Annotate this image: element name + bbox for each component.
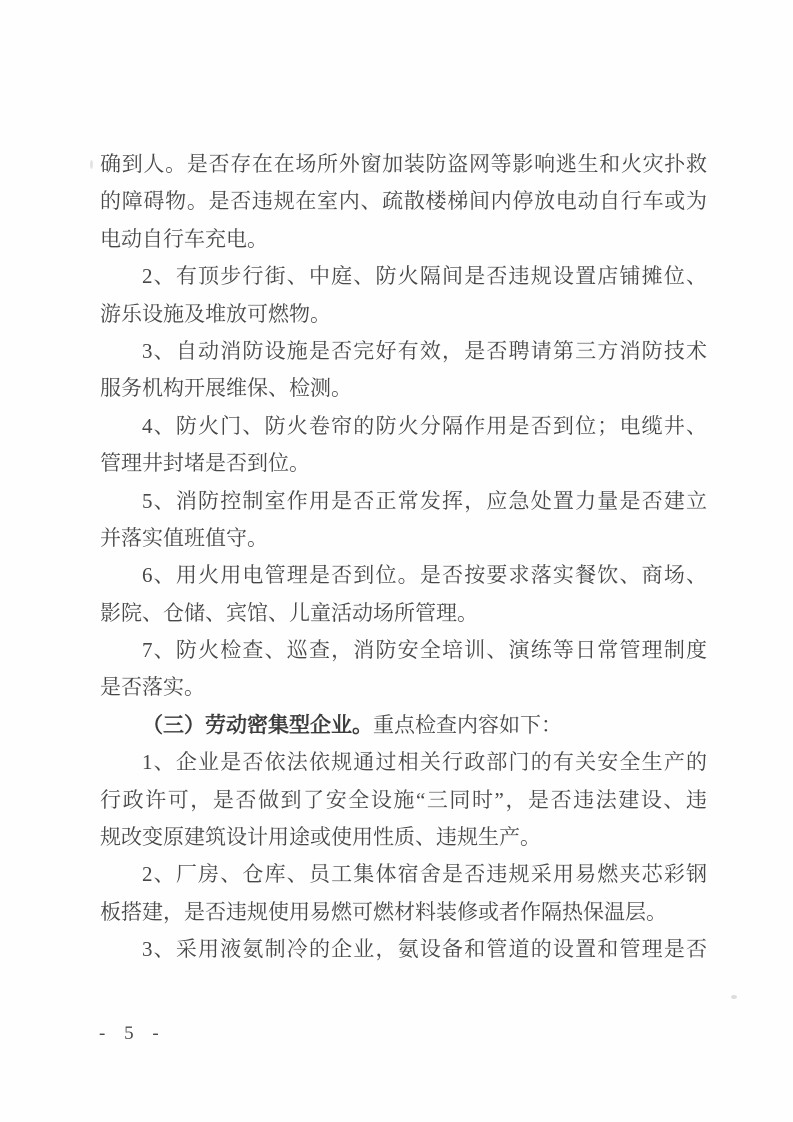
- text-segment: 5、消防控制室作用是否正常发挥，应急处置力量是否建立: [142, 489, 707, 513]
- text-line: 影院、仓储、宾馆、儿童活动场所管理。: [100, 595, 707, 632]
- text-line: 2、有顶步行街、中庭、防火隔间是否违规设置店铺摊位、: [100, 258, 707, 295]
- text-line: 并落实值班值守。: [100, 520, 707, 557]
- text-line: 5、消防控制室作用是否正常发挥，应急处置力量是否建立: [100, 483, 707, 520]
- text-segment: 重点检查内容如下：: [373, 713, 562, 737]
- text-line: 确到人。是否存在在场所外窗加装防盗网等影响逃生和火灾扑救: [100, 146, 707, 183]
- text-line: 1、企业是否依法依规通过相关行政部门的有关安全生产的: [100, 744, 707, 781]
- text-segment: 6、用火用电管理是否到位。是否按要求落实餐饮、商场、: [142, 563, 707, 587]
- text-segment: 板搭建，是否违规使用易燃可燃材料装修或者作隔热保温层。: [100, 900, 667, 924]
- text-segment: 2、厂房、仓库、员工集体宿舍是否违规采用易燃夹芯彩钢: [142, 862, 707, 886]
- text-line: 管理井封堵是否到位。: [100, 445, 707, 482]
- text-line: 的障碍物。是否违规在室内、疏散楼梯间内停放电动自行车或为: [100, 183, 707, 220]
- text-line: 3、采用液氨制冷的企业，氨设备和管道的设置和管理是否: [100, 931, 707, 968]
- document-body: 确到人。是否存在在场所外窗加装防盗网等影响逃生和火灾扑救的障碍物。是否违规在室内…: [100, 146, 707, 969]
- text-line: 服务机构开展维保、检测。: [100, 370, 707, 407]
- page-number: - 5 -: [99, 1023, 166, 1045]
- text-segment: 服务机构开展维保、检测。: [100, 376, 352, 400]
- text-line: 7、防火检查、巡查，消防安全培训、演练等日常管理制度: [100, 632, 707, 669]
- text-line: 规改变原建筑设计用途或使用性质、违规生产。: [100, 819, 707, 856]
- text-line: 4、防火门、防火卷帘的防火分隔作用是否到位；电缆井、: [100, 408, 707, 445]
- text-line: （三）劳动密集型企业。重点检查内容如下：: [100, 707, 707, 744]
- text-segment: 确到人。是否存在在场所外窗加装防盗网等影响逃生和火灾扑救: [100, 152, 707, 176]
- text-segment: 规改变原建筑设计用途或使用性质、违规生产。: [100, 825, 541, 849]
- text-line: 2、厂房、仓库、员工集体宿舍是否违规采用易燃夹芯彩钢: [100, 856, 707, 893]
- text-segment: 1、企业是否依法依规通过相关行政部门的有关安全生产的: [142, 750, 707, 774]
- text-segment: 游乐设施及堆放可燃物。: [100, 302, 331, 326]
- text-segment: 并落实值班值守。: [100, 526, 268, 550]
- text-segment: 行政许可，是否做到了安全设施“三同时”，是否违法建设、违: [100, 788, 707, 812]
- text-line: 电动自行车充电。: [100, 221, 707, 258]
- text-segment: 2、有顶步行街、中庭、防火隔间是否违规设置店铺摊位、: [142, 264, 707, 288]
- section-heading: （三）劳动密集型企业。: [142, 713, 373, 737]
- text-segment: 电动自行车充电。: [100, 227, 268, 251]
- document-page: 确到人。是否存在在场所外窗加装防盗网等影响逃生和火灾扑救的障碍物。是否违规在室内…: [0, 0, 793, 1122]
- text-segment: 是否落实。: [100, 675, 205, 699]
- text-line: 6、用火用电管理是否到位。是否按要求落实餐饮、商场、: [100, 557, 707, 594]
- scan-artifact: [90, 160, 93, 169]
- text-segment: 3、采用液氨制冷的企业，氨设备和管道的设置和管理是否: [142, 937, 707, 961]
- scan-artifact: [731, 995, 737, 999]
- text-segment: 管理井封堵是否到位。: [100, 451, 310, 475]
- text-segment: 的障碍物。是否违规在室内、疏散楼梯间内停放电动自行车或为: [100, 189, 707, 213]
- text-line: 行政许可，是否做到了安全设施“三同时”，是否违法建设、违: [100, 782, 707, 819]
- text-segment: 影院、仓储、宾馆、儿童活动场所管理。: [100, 601, 478, 625]
- text-line: 是否落实。: [100, 669, 707, 706]
- text-segment: 7、防火检查、巡查，消防安全培训、演练等日常管理制度: [142, 638, 707, 662]
- text-line: 3、自动消防设施是否完好有效，是否聘请第三方消防技术: [100, 333, 707, 370]
- text-segment: 4、防火门、防火卷帘的防火分隔作用是否到位；电缆井、: [142, 414, 707, 438]
- text-segment: 3、自动消防设施是否完好有效，是否聘请第三方消防技术: [142, 339, 707, 363]
- text-line: 板搭建，是否违规使用易燃可燃材料装修或者作隔热保温层。: [100, 894, 707, 931]
- text-line: 游乐设施及堆放可燃物。: [100, 296, 707, 333]
